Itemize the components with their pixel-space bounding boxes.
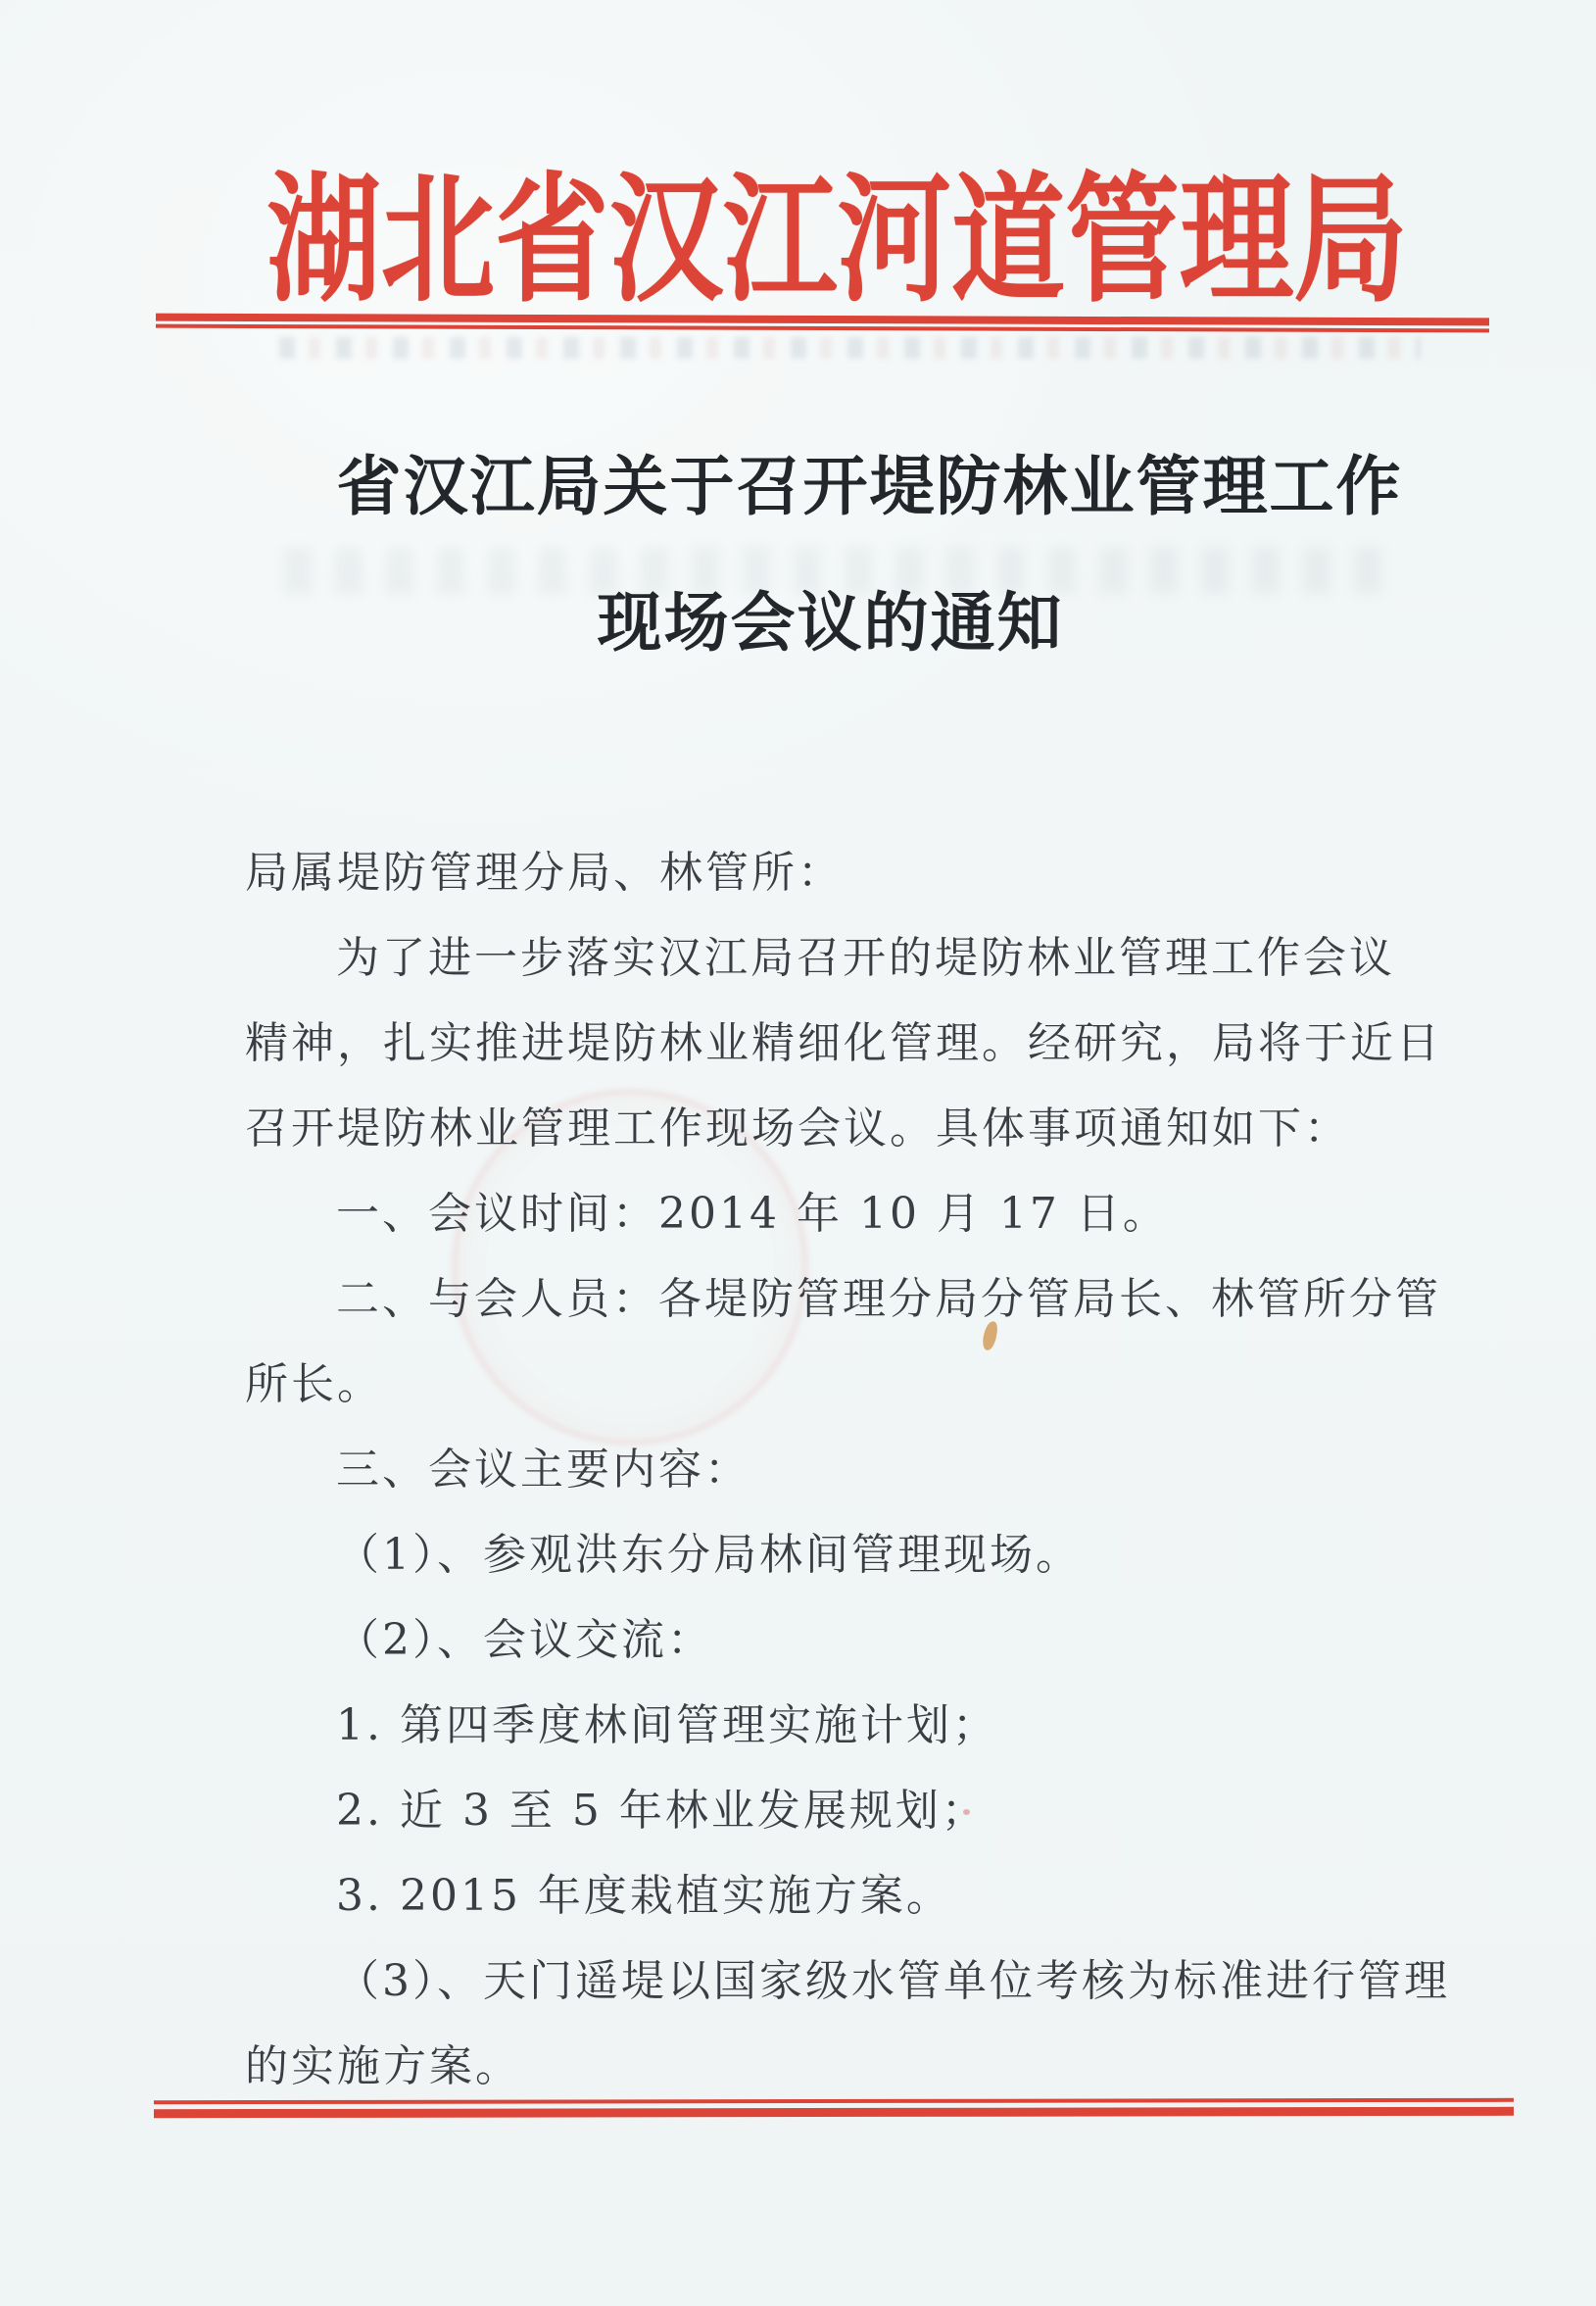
- body-line: （2）、会议交流：: [245, 1593, 1537, 1678]
- body-line: 1. 第四季度林间管理实施计划；: [245, 1678, 1537, 1763]
- body-line: 为了进一步落实汉江局召开的堤防林业管理工作会议: [245, 910, 1537, 996]
- scanned-notice-page: 湖北省汉江河道管理局 省汉江局关于召开堤防林业管理工作 现场会议的通知 局属堤防…: [0, 0, 1596, 2306]
- rule-thick-bar: [154, 2107, 1514, 2118]
- body-line: 的实施方案。: [245, 2019, 1537, 2104]
- body-line: 二、与会人员：各堤防管理分局分管局长、林管所分管: [245, 1251, 1537, 1337]
- body-line: 局属堤防管理分局、林管所：: [245, 825, 1537, 910]
- footer-separator-double-rule: [154, 2098, 1514, 2118]
- agency-header: 湖北省汉江河道管理局: [183, 163, 1492, 318]
- body-line: 所长。: [245, 1337, 1537, 1422]
- body-line: 精神，扎实推进堤防林业精细化管理。经研究，局将于近日: [245, 996, 1537, 1081]
- document-body: 局属堤防管理分局、林管所：为了进一步落实汉江局召开的堤防林业管理工作会议精神，扎…: [245, 825, 1537, 2104]
- body-line: 2. 近 3 至 5 年林业发展规划；: [245, 1763, 1537, 1848]
- body-line: 一、会议时间：2014 年 10 月 17 日。: [245, 1166, 1537, 1251]
- body-line: 召开堤防林业管理工作现场会议。具体事项通知如下：: [245, 1081, 1537, 1166]
- body-line: 3. 2015 年度栽植实施方案。: [245, 1848, 1537, 1934]
- bleed-through-artifact: [279, 337, 1421, 359]
- rule-thin-bar: [156, 324, 1489, 333]
- document-title-line-2: 现场会议的通知: [32, 587, 1596, 658]
- body-line: （3）、天门遥堤以国家级水管单位考核为标准进行管理: [245, 1934, 1537, 2019]
- document-title-line-1: 省汉江局关于召开堤防林业管理工作: [72, 451, 1596, 521]
- body-line: 三、会议主要内容：: [245, 1422, 1537, 1507]
- body-line: （1）、参观洪东分局林间管理现场。: [245, 1507, 1537, 1593]
